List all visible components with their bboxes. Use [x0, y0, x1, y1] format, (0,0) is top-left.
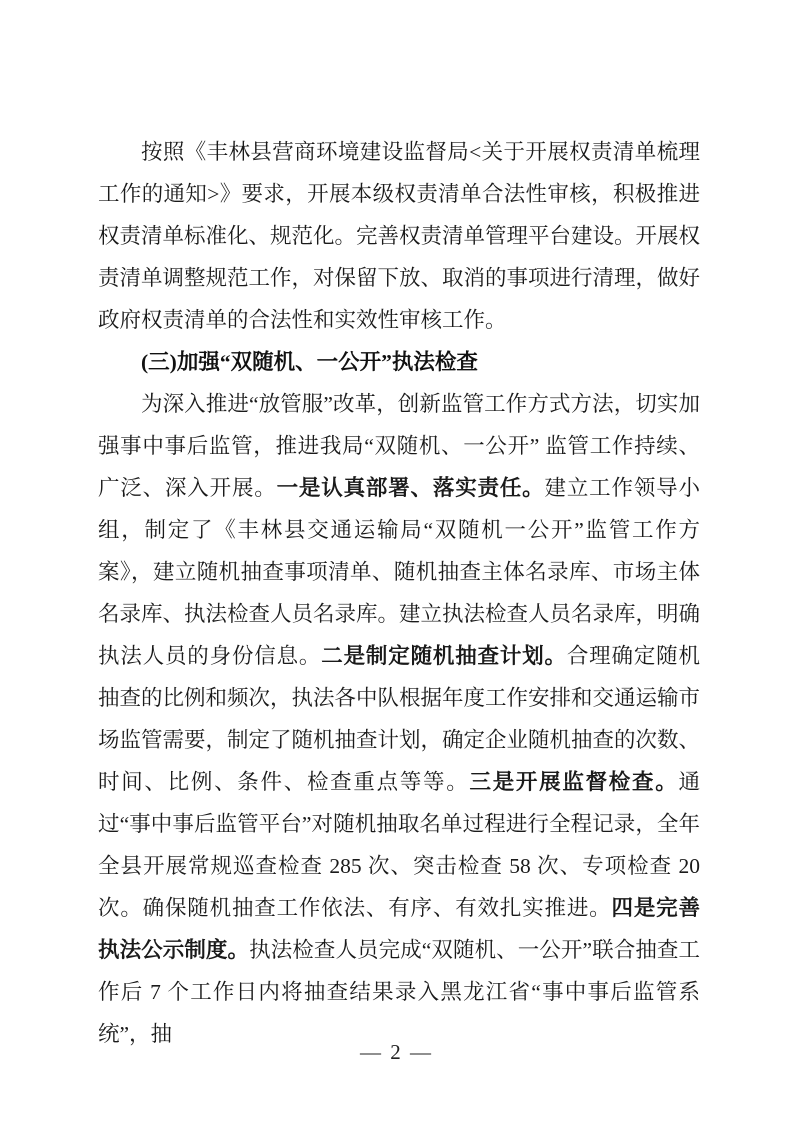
- section-heading-double-random-inspection: (三)加强“双随机、一公开”执法检查: [98, 341, 700, 383]
- para2-segment-point3-title: 三是开展监督检查。: [470, 770, 679, 794]
- page-body-text: 按照《丰林县营商环境建设监督局<关于开展权责清单梳理工作的通知>》要求，开展本级…: [98, 131, 700, 1055]
- page-number: — 2 —: [0, 1038, 793, 1066]
- paragraph-power-list-review: 按照《丰林县营商环境建设监督局<关于开展权责清单梳理工作的通知>》要求，开展本级…: [98, 131, 700, 341]
- para2-segment-point1-title: 一是认真部署、落实责任。: [277, 476, 545, 500]
- para2-segment-point2-title: 二是制定随机抽查计划。: [321, 644, 567, 668]
- para2-segment-point1-body: 建立工作领导小组，制定了《丰林县交通运输局“双随机一公开”监管工作方案》，建立随…: [98, 476, 700, 668]
- document-page: 按照《丰林县营商环境建设监督局<关于开展权责清单梳理工作的通知>》要求，开展本级…: [0, 0, 793, 1122]
- paragraph-double-random-details: 为深入推进“放管服”改革，创新监管工作方式方法，切实加强事中事后监管，推进我局“…: [98, 383, 700, 1055]
